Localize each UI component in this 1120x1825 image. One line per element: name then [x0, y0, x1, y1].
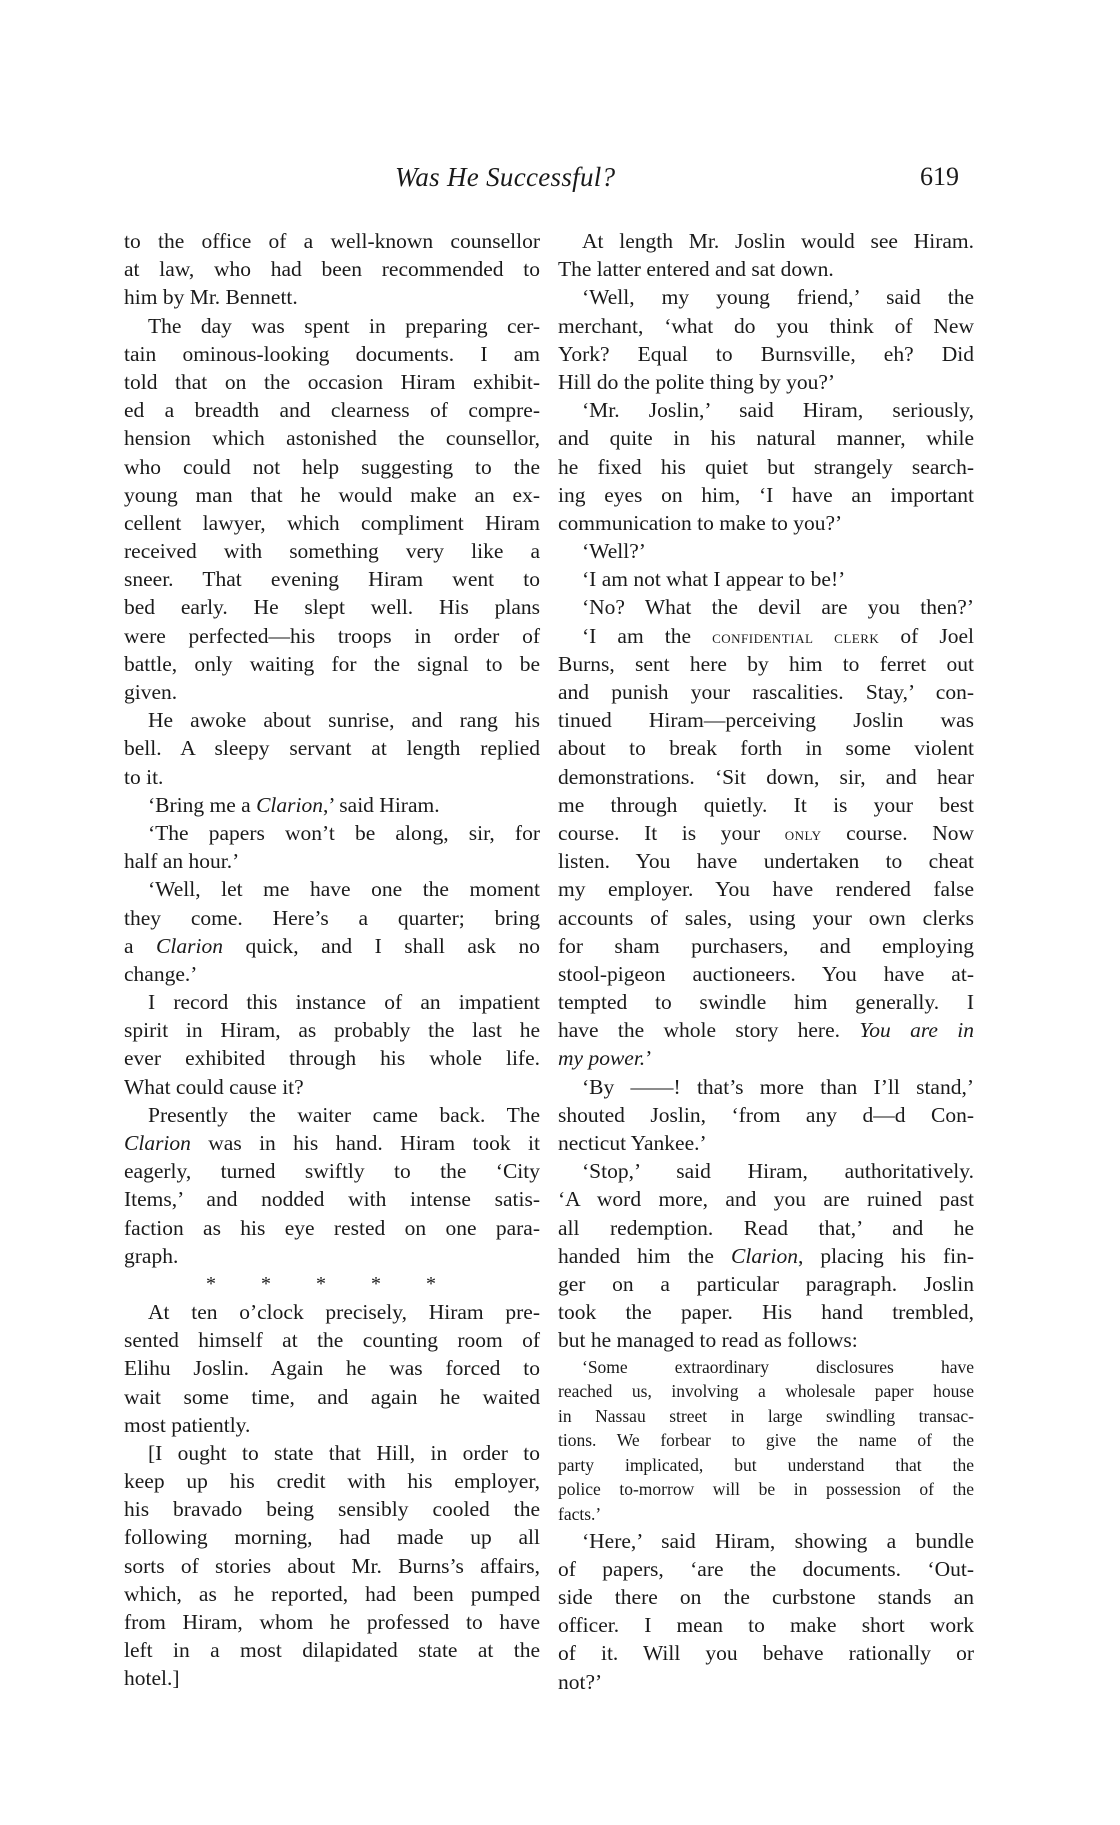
- text-line: ‘Mr. Joslin,’ said Hiram, seriously,: [558, 396, 974, 424]
- text-line: side there on the curbstone stands an: [558, 1583, 974, 1611]
- text-line: The latter entered and sat down.: [558, 255, 974, 283]
- quoted-extract-line: tions. We forbear to give the name of th…: [558, 1428, 974, 1453]
- text-line: course. It is your only course. Now: [558, 819, 974, 847]
- text-line: me through quietly. It is your best: [558, 791, 974, 819]
- text-line: eagerly, turned swiftly to the ‘City: [124, 1157, 540, 1185]
- text-line: following morning, had made up all: [124, 1523, 540, 1551]
- text-line: accounts of sales, using your own clerks: [558, 904, 974, 932]
- text-line: York? Equal to Burnsville, eh? Did: [558, 340, 974, 368]
- text-line: have the whole story here. You are in: [558, 1016, 974, 1044]
- text-line: tinued Hiram—perceiving Joslin was: [558, 706, 974, 734]
- text-line: left in a most dilapidated state at the: [124, 1636, 540, 1664]
- italic-text: You are in: [859, 1018, 974, 1042]
- text-line: ‘The papers won’t be along, sir, for: [124, 819, 540, 847]
- section-break-asterisks: * * * * *: [124, 1270, 540, 1298]
- italic-text: Clarion: [256, 793, 323, 817]
- text-line: ‘A word more, and you are ruined past: [558, 1185, 974, 1213]
- text-line: Items,’ and nodded with intense satis-: [124, 1185, 540, 1213]
- text-line: given.: [124, 678, 540, 706]
- text-line: his bravado being sensibly cooled the: [124, 1495, 540, 1523]
- text-line: hension which astonished the counsellor,: [124, 424, 540, 452]
- italic-text: my power.: [558, 1046, 645, 1070]
- text-line: spirit in Hiram, as probably the last he: [124, 1016, 540, 1044]
- text-line: faction as his eye rested on one para-: [124, 1214, 540, 1242]
- text-line: ‘Stop,’ said Hiram, authoritatively.: [558, 1157, 974, 1185]
- text-line: received with something very like a: [124, 537, 540, 565]
- text-line: bed early. He slept well. His plans: [124, 593, 540, 621]
- text-line: The day was spent in preparing cer-: [124, 312, 540, 340]
- text-line: and punish your rascalities. Stay,’ con-: [558, 678, 974, 706]
- text-line: ‘Bring me a Clarion,’ said Hiram.: [124, 791, 540, 819]
- quoted-extract-line: in Nassau street in large swindling tran…: [558, 1404, 974, 1429]
- text-line: at law, who had been recommended to: [124, 255, 540, 283]
- text-line: I record this instance of an impatient: [124, 988, 540, 1016]
- text-line: Clarion was in his hand. Hiram took it: [124, 1129, 540, 1157]
- text-line: officer. I mean to make short work: [558, 1611, 974, 1639]
- text-run: was in his hand. Hiram took it: [191, 1131, 540, 1155]
- text-line: ing eyes on him, ‘I have an important: [558, 481, 974, 509]
- text-line: ‘Well?’: [558, 537, 974, 565]
- quoted-extract-line: police to-morrow will be in possession o…: [558, 1477, 974, 1502]
- text-line: shouted Joslin, ‘from any d—d Con-: [558, 1101, 974, 1129]
- text-line: Elihu Joslin. Again he was forced to: [124, 1354, 540, 1382]
- text-line: ‘Well, my young friend,’ said the: [558, 283, 974, 311]
- text-line: my power.’: [558, 1044, 974, 1072]
- text-run: of Joel: [879, 624, 974, 648]
- text-line: keep up his credit with his employer,: [124, 1467, 540, 1495]
- text-line: communication to make to you?’: [558, 509, 974, 537]
- text-line: ‘I am not what I appear to be!’: [558, 565, 974, 593]
- text-line: which, as he reported, had been pumped: [124, 1580, 540, 1608]
- text-line: a Clarion quick, and I shall ask no: [124, 932, 540, 960]
- text-line: to it.: [124, 763, 540, 791]
- text-line: tain ominous-looking documents. I am: [124, 340, 540, 368]
- left-column: to the office of a well-known counsellor…: [124, 227, 540, 1693]
- small-caps-text: confidential clerk: [712, 627, 879, 647]
- text-run: have the whole story here.: [558, 1018, 859, 1042]
- text-line: took the paper. His hand trembled,: [558, 1298, 974, 1326]
- text-line: Burns, sent here by him to ferret out: [558, 650, 974, 678]
- text-line: handed him the Clarion, placing his fin-: [558, 1242, 974, 1270]
- quoted-extract-line: reached us, involving a wholesale paper …: [558, 1379, 974, 1404]
- text-line: half an hour.’: [124, 847, 540, 875]
- text-line: ger on a particular paragraph. Joslin: [558, 1270, 974, 1298]
- text-run: ’: [645, 1046, 652, 1070]
- text-line: graph.: [124, 1242, 540, 1270]
- text-line: bell. A sleepy servant at length replied: [124, 734, 540, 762]
- text-line: but he managed to read as follows:: [558, 1326, 974, 1354]
- text-line: and quite in his natural manner, while: [558, 424, 974, 452]
- text-line: demonstrations. ‘Sit down, sir, and hear: [558, 763, 974, 791]
- text-run: course. It is your: [558, 821, 785, 845]
- text-line: ‘Here,’ said Hiram, showing a bundle: [558, 1527, 974, 1555]
- text-line: were perfected—his troops in order of: [124, 622, 540, 650]
- text-line: sneer. That evening Hiram went to: [124, 565, 540, 593]
- italic-text: Clarion: [731, 1244, 798, 1268]
- page-number: 619: [920, 162, 959, 192]
- text-line: told that on the occasion Hiram exhibit-: [124, 368, 540, 396]
- quoted-extract-line: facts.’: [558, 1502, 974, 1527]
- book-page: Was He Successful? 619 to the office of …: [0, 0, 1120, 1825]
- italic-text: Clarion: [156, 934, 223, 958]
- quoted-extract-line: party implicated, but understand that th…: [558, 1453, 974, 1478]
- text-line: At length Mr. Joslin would see Hiram.: [558, 227, 974, 255]
- text-line: of papers, ‘are the documents. ‘Out-: [558, 1555, 974, 1583]
- text-run: ,’ said Hiram.: [323, 793, 440, 817]
- text-line: ‘I am the confidential clerk of Joel: [558, 622, 974, 650]
- text-line: to the office of a well-known counsellor: [124, 227, 540, 255]
- text-run: , placing his fin-: [798, 1244, 974, 1268]
- text-run: quick, and I shall ask no: [223, 934, 540, 958]
- right-column: At length Mr. Joslin would see Hiram.The…: [558, 227, 974, 1696]
- text-line: What could cause it?: [124, 1073, 540, 1101]
- italic-text: Clarion: [124, 1131, 191, 1155]
- text-line: necticut Yankee.’: [558, 1129, 974, 1157]
- text-line: from Hiram, whom he professed to have: [124, 1608, 540, 1636]
- text-line: He awoke about sunrise, and rang his: [124, 706, 540, 734]
- text-line: they come. Here’s a quarter; bring: [124, 904, 540, 932]
- text-line: Hill do the polite thing by you?’: [558, 368, 974, 396]
- text-line: change.’: [124, 960, 540, 988]
- text-line: for sham purchasers, and employing: [558, 932, 974, 960]
- text-line: cellent lawyer, which compliment Hiram: [124, 509, 540, 537]
- text-line: of it. Will you behave rationally or: [558, 1639, 974, 1667]
- text-line: [I ought to state that Hill, in order to: [124, 1439, 540, 1467]
- text-line: about to break forth in some violent: [558, 734, 974, 762]
- text-run: a: [124, 934, 156, 958]
- text-line: battle, only waiting for the signal to b…: [124, 650, 540, 678]
- text-line: who could not help suggesting to the: [124, 453, 540, 481]
- text-line: stool-pigeon auctioneers. You have at-: [558, 960, 974, 988]
- text-run: ‘I am the: [582, 624, 712, 648]
- text-run: handed him the: [558, 1244, 731, 1268]
- text-line: ‘Well, let me have one the moment: [124, 875, 540, 903]
- quoted-extract-line: ‘Some extraordinary disclosures have: [558, 1355, 974, 1380]
- small-caps-text: only: [785, 824, 822, 844]
- text-run: ‘Bring me a: [148, 793, 256, 817]
- text-line: wait some time, and again he waited: [124, 1383, 540, 1411]
- text-line: At ten o’clock precisely, Hiram pre-: [124, 1298, 540, 1326]
- text-line: tempted to swindle him generally. I: [558, 988, 974, 1016]
- text-line: Presently the waiter came back. The: [124, 1101, 540, 1129]
- text-line: ‘By ——! that’s more than I’ll stand,’: [558, 1073, 974, 1101]
- text-line: sented himself at the counting room of: [124, 1326, 540, 1354]
- text-line: my employer. You have rendered false: [558, 875, 974, 903]
- text-line: most patiently.: [124, 1411, 540, 1439]
- text-line: him by Mr. Bennett.: [124, 283, 540, 311]
- text-line: sorts of stories about Mr. Burns’s affai…: [124, 1552, 540, 1580]
- text-line: listen. You have undertaken to cheat: [558, 847, 974, 875]
- text-line: not?’: [558, 1668, 974, 1696]
- text-line: ‘No? What the devil are you then?’: [558, 593, 974, 621]
- text-line: ed a breadth and clearness of compre-: [124, 396, 540, 424]
- running-title: Was He Successful?: [395, 162, 615, 193]
- text-line: merchant, ‘what do you think of New: [558, 312, 974, 340]
- text-run: course. Now: [822, 821, 974, 845]
- text-line: ever exhibited through his whole life.: [124, 1044, 540, 1072]
- text-line: young man that he would make an ex-: [124, 481, 540, 509]
- text-line: hotel.]: [124, 1664, 540, 1692]
- text-line: he fixed his quiet but strangely search-: [558, 453, 974, 481]
- text-line: all redemption. Read that,’ and he: [558, 1214, 974, 1242]
